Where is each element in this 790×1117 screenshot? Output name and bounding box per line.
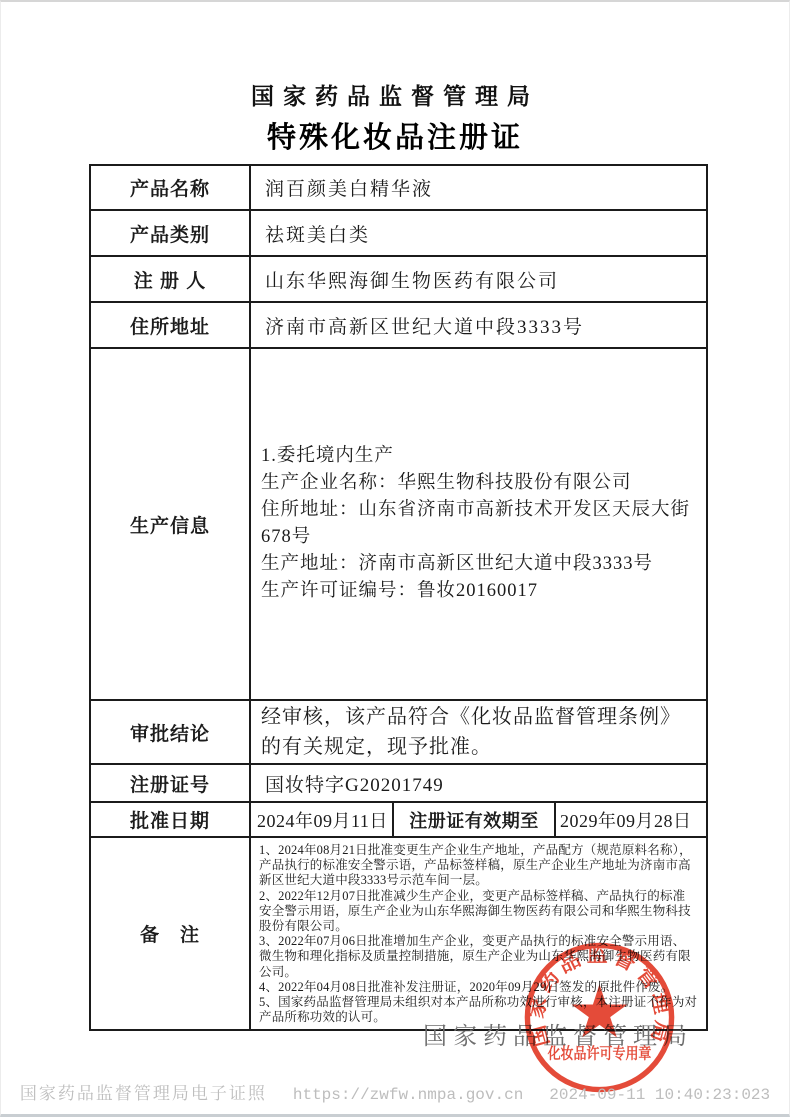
table-row: 产品类别 祛斑美白类	[90, 210, 707, 256]
stamp-banner-text: 化妆品许可专用章	[547, 1044, 652, 1063]
approval-date-label: 批准日期	[90, 802, 250, 837]
production-info-line: 生产许可证编号：鲁妆20160017	[261, 578, 705, 605]
registrant-label: 注 册 人	[90, 256, 250, 302]
certificate-header: 国家药品监督管理局 特殊化妆品注册证	[1, 78, 789, 156]
certificate-title: 特殊化妆品注册证	[1, 115, 789, 156]
footer-timestamp: 2024-09-11 10:40:23:023	[549, 1086, 770, 1104]
header-authority: 国家药品监督管理局	[1, 78, 789, 111]
footer-url: https://zwfw.nmpa.gov.cn	[293, 1086, 523, 1104]
footer-caption: 国家药品监督管理局电子证照	[20, 1079, 267, 1104]
production-info-line: 住所地址：山东省济南市高新技术开发区天辰大街678号	[261, 497, 705, 551]
certificate-info-table: 产品名称 润百颜美白精华液 产品类别 祛斑美白类 注 册 人 山东华熙海御生物医…	[89, 164, 708, 1031]
table-row: 注册证号 国妆特字G20201749	[90, 764, 707, 802]
validity-value: 2029年09月28日	[555, 802, 707, 837]
registrant-address-label: 住所地址	[90, 302, 250, 348]
certificate-page: 国家药品监督管理局 特殊化妆品注册证 产品名称 润百颜美白精华液 产品类别 祛斑…	[0, 0, 790, 1117]
production-info-line: 1.委托境内生产	[261, 443, 705, 470]
table-row: 审批结论 经审核，该产品符合《化妆品监督管理条例》 的有关规定，现予批准。	[90, 700, 707, 764]
registrant-value: 山东华熙海御生物医药有限公司	[250, 256, 707, 302]
registration-number-value: 国妆特字G20201749	[250, 764, 707, 802]
registrant-address-value: 济南市高新区世纪大道中段3333号	[250, 302, 707, 348]
stamp-star-icon	[572, 984, 628, 1037]
product-category-value: 祛斑美白类	[250, 210, 707, 256]
table-row: 产品名称 润百颜美白精华液	[90, 165, 707, 210]
approval-conclusion-line: 经审核，该产品符合《化妆品监督管理条例》	[261, 702, 705, 732]
remark-item: 2、2022年12月07日批准减少生产企业，变更产品标签样稿、产品执行的标准安全…	[259, 889, 698, 935]
table-row: 注 册 人 山东华熙海御生物医药有限公司	[90, 256, 707, 302]
production-info-line: 生产地址：济南市高新区世纪大道中段3333号	[261, 551, 705, 578]
production-info-line: 生产企业名称：华熙生物科技股份有限公司	[261, 470, 705, 497]
approval-date-value: 2024年09月11日	[250, 802, 393, 837]
table-row: 批准日期 2024年09月11日 注册证有效期至 2029年09月28日	[90, 802, 707, 837]
product-name-value: 润百颜美白精华液	[250, 165, 707, 210]
remark-item: 1、2024年08月21日批准变更生产企业生产地址，产品配方（规范原料名称），产…	[259, 843, 698, 889]
table-row: 住所地址 济南市高新区世纪大道中段3333号	[90, 302, 707, 348]
registration-number-label: 注册证号	[90, 764, 250, 802]
product-category-label: 产品类别	[90, 210, 250, 256]
page-footer: 国家药品监督管理局电子证照 https://zwfw.nmpa.gov.cn 2…	[1, 1079, 789, 1104]
approval-conclusion-line: 的有关规定，现予批准。	[261, 732, 705, 762]
approval-conclusion-value: 经审核，该产品符合《化妆品监督管理条例》 的有关规定，现予批准。	[250, 700, 707, 764]
production-info-value: 1.委托境内生产 生产企业名称：华熙生物科技股份有限公司 住所地址：山东省济南市…	[250, 348, 707, 700]
production-info-label: 生产信息	[90, 348, 250, 700]
remarks-label: 备 注	[90, 837, 250, 1030]
approval-conclusion-label: 审批结论	[90, 700, 250, 764]
table-row: 生产信息 1.委托境内生产 生产企业名称：华熙生物科技股份有限公司 住所地址：山…	[90, 348, 707, 700]
validity-label: 注册证有效期至	[393, 802, 555, 837]
product-name-label: 产品名称	[90, 165, 250, 210]
official-stamp: 国家药品监督管理局 化妆品许可专用章	[522, 940, 677, 1095]
